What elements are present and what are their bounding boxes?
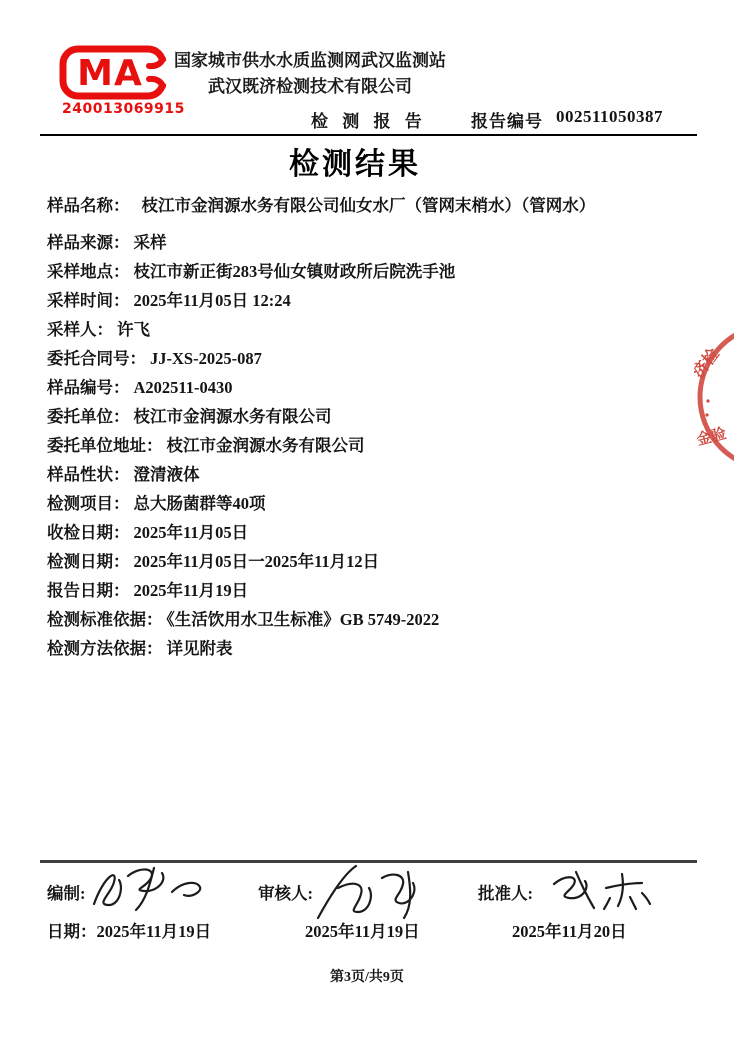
row-client: 委托单位：枝江市金润源水务有限公司 (47, 402, 707, 431)
row-sampling-time: 采样时间：2025年11月05日 12:24 (47, 286, 707, 315)
page-title: 检测结果 (0, 139, 710, 183)
row-test-items: 检测项目：总大肠菌群等40项 (47, 489, 707, 518)
approved-signature (548, 866, 653, 914)
row-sample-name: 样品名称：枝江市金润源水务有限公司仙女水厂（管网末梢水）（管网水） (47, 191, 707, 220)
page-number: 第3页/共9页 (0, 966, 734, 986)
row-receive-date: 收检日期：2025年11月05日 (47, 518, 707, 547)
row-standard-basis: 检测标准依据：《生活饮用水卫生标准》GB 5749-2022 (47, 605, 707, 634)
row-sampler: 采样人：许飞 (47, 315, 707, 344)
row-contract-no: 委托合同号：JJ-XS-2025-087 (47, 344, 707, 373)
prepared-date: 2025年11月19日 (97, 922, 212, 941)
sample-info-list: 样品名称：枝江市金润源水务有限公司仙女水厂（管网末梢水）（管网水） 样品来源：采… (47, 191, 707, 663)
header-divider (40, 134, 697, 136)
row-sample-no: 样品编号：A202511-0430 (47, 373, 707, 402)
report-no-label: 报告编号 (471, 107, 543, 132)
row-sampling-site: 采样地点：枝江市新正街283号仙女镇财政所后院洗手池 (47, 257, 707, 286)
row-client-address: 委托单位地址：枝江市金润源水务有限公司 (47, 431, 707, 460)
report-page: MA 240013069915 国家城市供水水质监测网武汉监测站 武汉既济检测技… (0, 0, 734, 1040)
date-label: 日期： (47, 922, 97, 941)
row-test-date: 检测日期：2025年11月05日一2025年11月12日 (47, 547, 707, 576)
reviewed-date: 2025年11月19日 (305, 918, 420, 942)
org-line-1: 国家城市供水水质监测网武汉监测站 (110, 48, 510, 74)
reviewed-signature (312, 862, 427, 920)
row-sample-source: 样品来源：采样 (47, 228, 707, 257)
approved-by-label: 批准人: (478, 880, 533, 904)
report-no-value: 002511050387 (556, 107, 663, 127)
report-type-label: 检 测 报 告 (311, 107, 427, 132)
reviewed-by-label: 审核人: (258, 880, 313, 904)
prepared-by-label: 编制: (47, 880, 86, 904)
approved-date: 2025年11月20日 (512, 918, 627, 942)
org-names: 国家城市供水水质监测网武汉监测站 武汉既济检测技术有限公司 (110, 48, 510, 100)
row-report-date: 报告日期：2025年11月19日 (47, 576, 707, 605)
prepared-signature (88, 862, 208, 914)
row-method-basis: 检测方法依据：详见附表 (47, 634, 707, 663)
report-meta-line: 检 测 报 告 报告编号 002511050387 (0, 107, 734, 131)
row-sample-character: 样品性状：澄清液体 (47, 460, 707, 489)
prepared-date-line: 日期：2025年11月19日 (47, 918, 211, 942)
org-line-2: 武汉既济检测技术有限公司 (110, 74, 510, 100)
seal-text-bottom: 金验 (695, 424, 728, 449)
red-seal-edge-icon: 济检 金验 (694, 329, 734, 469)
